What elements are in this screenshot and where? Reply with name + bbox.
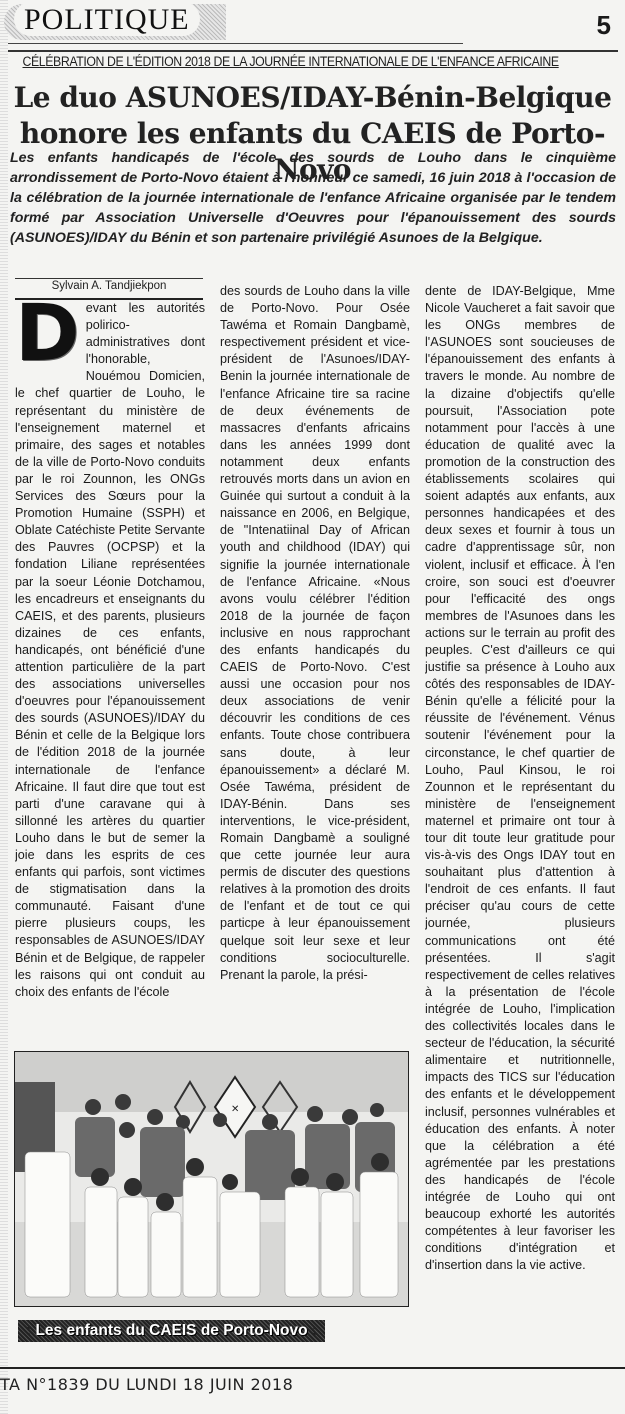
article-kicker: CÉLÉBRATION DE L'ÉDITION 2018 DE LA JOUR… — [10, 54, 571, 69]
article-column-1: Devant les autorités polirico-administra… — [15, 300, 205, 1045]
photo-caption: : Les enfants du CAEIS de Porto-Novo : — [18, 1320, 325, 1342]
column-1-text: evant les autorités polirico-administrat… — [15, 301, 205, 999]
headline-line-1: Le duo ASUNOES/IDAY-Bénin-Belgique — [10, 80, 615, 116]
byline-rule-top — [15, 278, 203, 279]
caption-text: Les enfants du CAEIS de Porto-Novo — [35, 1322, 307, 1339]
column-3-text: dente de IDAY-Belgique, Mme Nicole Vauch… — [425, 284, 615, 1272]
svg-text:✕: ✕ — [231, 1104, 239, 1115]
scan-edge — [0, 0, 8, 1414]
page-number: 5 — [597, 10, 611, 41]
article-column-2: des sourds de Louho dans la ville de Por… — [220, 283, 410, 1043]
drop-cap: D — [15, 302, 80, 370]
header-divider — [8, 50, 618, 52]
column-2-text: des sourds de Louho dans la ville de Por… — [220, 284, 410, 982]
byline: Sylvain A. Tandjiekpon — [15, 280, 203, 292]
article-column-3: dente de IDAY-Belgique, Mme Nicole Vauch… — [425, 283, 615, 1368]
group-photo: ✕ — [14, 1051, 409, 1307]
newspaper-page: POLITIQUE 5 CÉLÉBRATION DE L'ÉDITION 201… — [0, 0, 625, 1414]
footer-divider — [0, 1367, 625, 1369]
section-label: POLITIQUE — [14, 2, 200, 36]
issue-footer: TA N°1839 DU LUNDI 18 JUIN 2018 — [0, 1375, 293, 1394]
photo-image-icon: ✕ — [15, 1052, 408, 1306]
article-lead: Les enfants handicapés de l'école des so… — [10, 148, 616, 248]
section-rule — [8, 43, 463, 44]
